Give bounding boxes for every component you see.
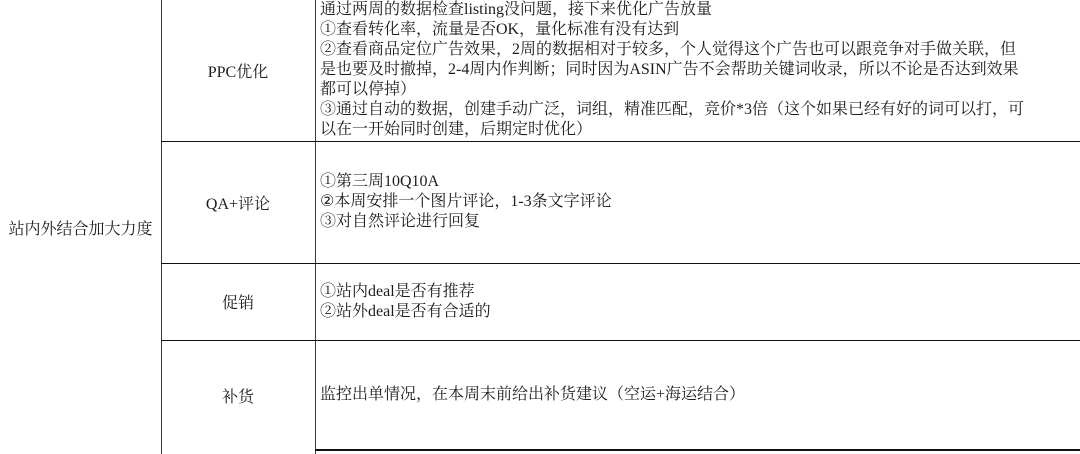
cell-text: ①第三周10Q10A ②本周安排一个图片评论，1-3条文字评论 ③对自然评论进行… <box>320 172 612 232</box>
table-cell-content-promotion[interactable]: ①站内deal是否有推荐 ②站外deal是否有合适的 <box>316 264 1080 339</box>
table-cell-content-ppc[interactable]: 通过两周的数据检查listing没问题，接下来优化广告放量 ①查看转化率，流量是… <box>316 0 1080 140</box>
grid-line-row4-bottom <box>315 449 1080 451</box>
row-label: QA+评论 <box>206 191 270 214</box>
table-cell-content-restock[interactable]: 监控出单情况，在本周末前给出补货建议（空运+海运结合） <box>316 341 1080 449</box>
category-label: 站内外结合加大力度 <box>8 216 152 239</box>
grid-line-row2-bottom <box>161 263 1080 265</box>
cell-text: ①站内deal是否有推荐 ②站外deal是否有合适的 <box>320 282 491 322</box>
grid-line-vertical-col1 <box>161 0 162 454</box>
grid-line-row3-bottom <box>161 340 1080 342</box>
plan-table: 站内外结合加大力度 PPC优化 QA+评论 促销 补货 通过两周的数据检查lis… <box>0 0 1080 454</box>
table-cell-label-qa-review[interactable]: QA+评论 <box>163 142 314 262</box>
row-label: 促销 <box>222 290 254 313</box>
row-label: 补货 <box>222 384 254 407</box>
grid-line-vertical-col2 <box>315 0 316 454</box>
grid-line-row1-bottom <box>161 141 1080 143</box>
cell-text: 通过两周的数据检查listing没问题，接下来优化广告放量 ①查看转化率，流量是… <box>320 0 1024 140</box>
table-cell-label-promotion[interactable]: 促销 <box>163 264 314 339</box>
table-cell-category[interactable]: 站内外结合加大力度 <box>0 0 161 454</box>
table-cell-label-restock[interactable]: 补货 <box>163 341 314 449</box>
row-label: PPC优化 <box>208 59 268 82</box>
table-cell-label-ppc[interactable]: PPC优化 <box>163 0 314 140</box>
cell-text: 监控出单情况，在本周末前给出补货建议（空运+海运结合） <box>320 385 745 405</box>
table-cell-content-qa-review[interactable]: ①第三周10Q10A ②本周安排一个图片评论，1-3条文字评论 ③对自然评论进行… <box>316 142 1080 262</box>
